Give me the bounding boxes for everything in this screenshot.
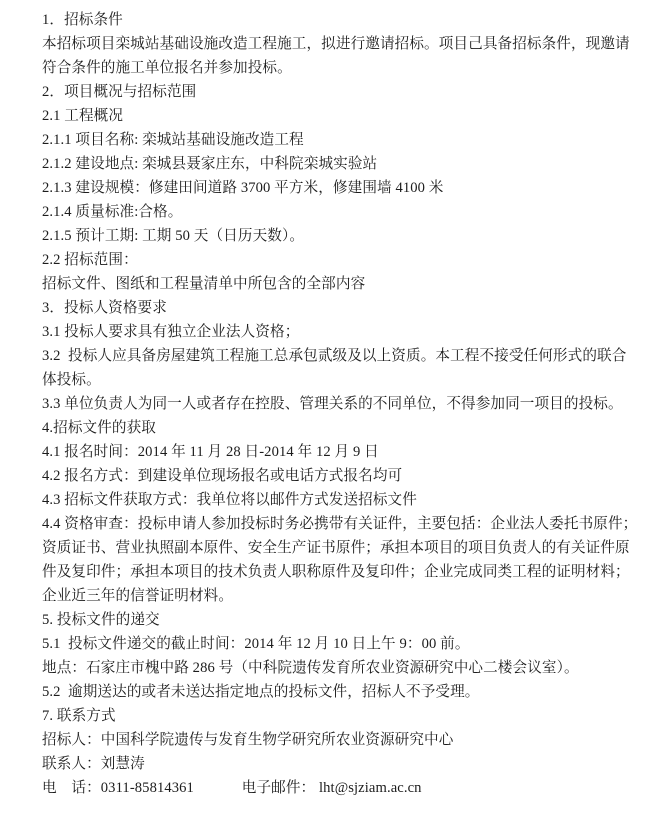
section-heading: 2．项目概况与招标范围 [42, 80, 634, 104]
document-line: 企业近三年的信誉证明材料。 [42, 584, 634, 608]
document-line: 4.3 招标文件获取方式：我单位将以邮件方式发送招标文件 [42, 488, 634, 512]
document-line: 件及复印件；承担本项目的技术负责人职称原件及复印件；企业完成同类工程的证明材料； [42, 560, 634, 584]
section-heading: 1．招标条件 [42, 8, 634, 32]
document-line: 5.2 逾期送达的或者未送达指定地点的投标文件，招标人不予受理。 [42, 680, 634, 704]
document-line: 2.1.4 质量标准:合格。 [42, 200, 634, 224]
document-line: 4.4 资格审查：投标申请人参加投标时务必携带有关证件，主要包括：企业法人委托书… [42, 512, 634, 536]
document-line: 符合条件的施工单位报名并参加投标。 [42, 56, 634, 80]
document-lines: 1．招标条件本招标项目栾城站基础设施改造工程施工，拟进行邀请招标。项目己具备招标… [0, 0, 672, 800]
document-line: 资质证书、营业执照副本原件、安全生产证书原件；承担本项目的项目负责人的有关证件原 [42, 536, 634, 560]
section-heading: 3．投标人资格要求 [42, 296, 634, 320]
document-line: 招标文件、图纸和工程量清单中所包含的全部内容 [42, 272, 634, 296]
document-line: 2.1.3 建设规模：修建田间道路 3700 平方米，修建围墙 4100 米 [42, 176, 634, 200]
document-line: 招标人：中国科学院遗传与发育生物学研究所农业资源研究中心 [42, 728, 634, 752]
section-heading: 5. 投标文件的递交 [42, 608, 634, 632]
document-line: 4.2 报名方式：到建设单位现场报名或电话方式报名均可 [42, 464, 634, 488]
document-line: 4.1 报名时间：2014 年 11 月 28 日-2014 年 12 月 9 … [42, 440, 634, 464]
document-line: 3.3 单位负责人为同一人或者存在控股、管理关系的不同单位，不得参加同一项目的投… [42, 392, 634, 416]
document-line: 地点：石家庄市槐中路 286 号（中科院遗传发育所农业资源研究中心二楼会议室）。 [42, 656, 634, 680]
document-line: 2.1.2 建设地点: 栾城县聂家庄东，中科院栾城实验站 [42, 152, 634, 176]
document-line: 本招标项目栾城站基础设施改造工程施工，拟进行邀请招标。项目己具备招标条件，现邀请 [42, 32, 634, 56]
document-line: 5.1 投标文件递交的截止时间：2014 年 12 月 10 日上午 9：00 … [42, 632, 634, 656]
document-line: 2.1.1 项目名称: 栾城站基础设施改造工程 [42, 128, 634, 152]
section-heading: 7. 联系方式 [42, 704, 634, 728]
document-line: 联系人：刘慧涛 [42, 752, 634, 776]
document-line: 3.2 投标人应具备房屋建筑工程施工总承包贰级及以上资质。本工程不接受任何形式的… [42, 344, 634, 368]
document-line: 3.1 投标人要求具有独立企业法人资格； [42, 320, 634, 344]
section-heading: 4.招标文件的获取 [42, 416, 634, 440]
document-line: 2.1 工程概况 [42, 104, 634, 128]
document-line: 体投标。 [42, 368, 634, 392]
document-line: 2.2 招标范围： [42, 248, 634, 272]
document-line: 电 话：0311-85814361 电子邮件： lht@sjziam.ac.cn [42, 776, 634, 800]
tender-announcement-document: 1．招标条件本招标项目栾城站基础设施改造工程施工，拟进行邀请招标。项目己具备招标… [0, 0, 672, 828]
document-line: 2.1.5 预计工期: 工期 50 天（日历天数）。 [42, 224, 634, 248]
